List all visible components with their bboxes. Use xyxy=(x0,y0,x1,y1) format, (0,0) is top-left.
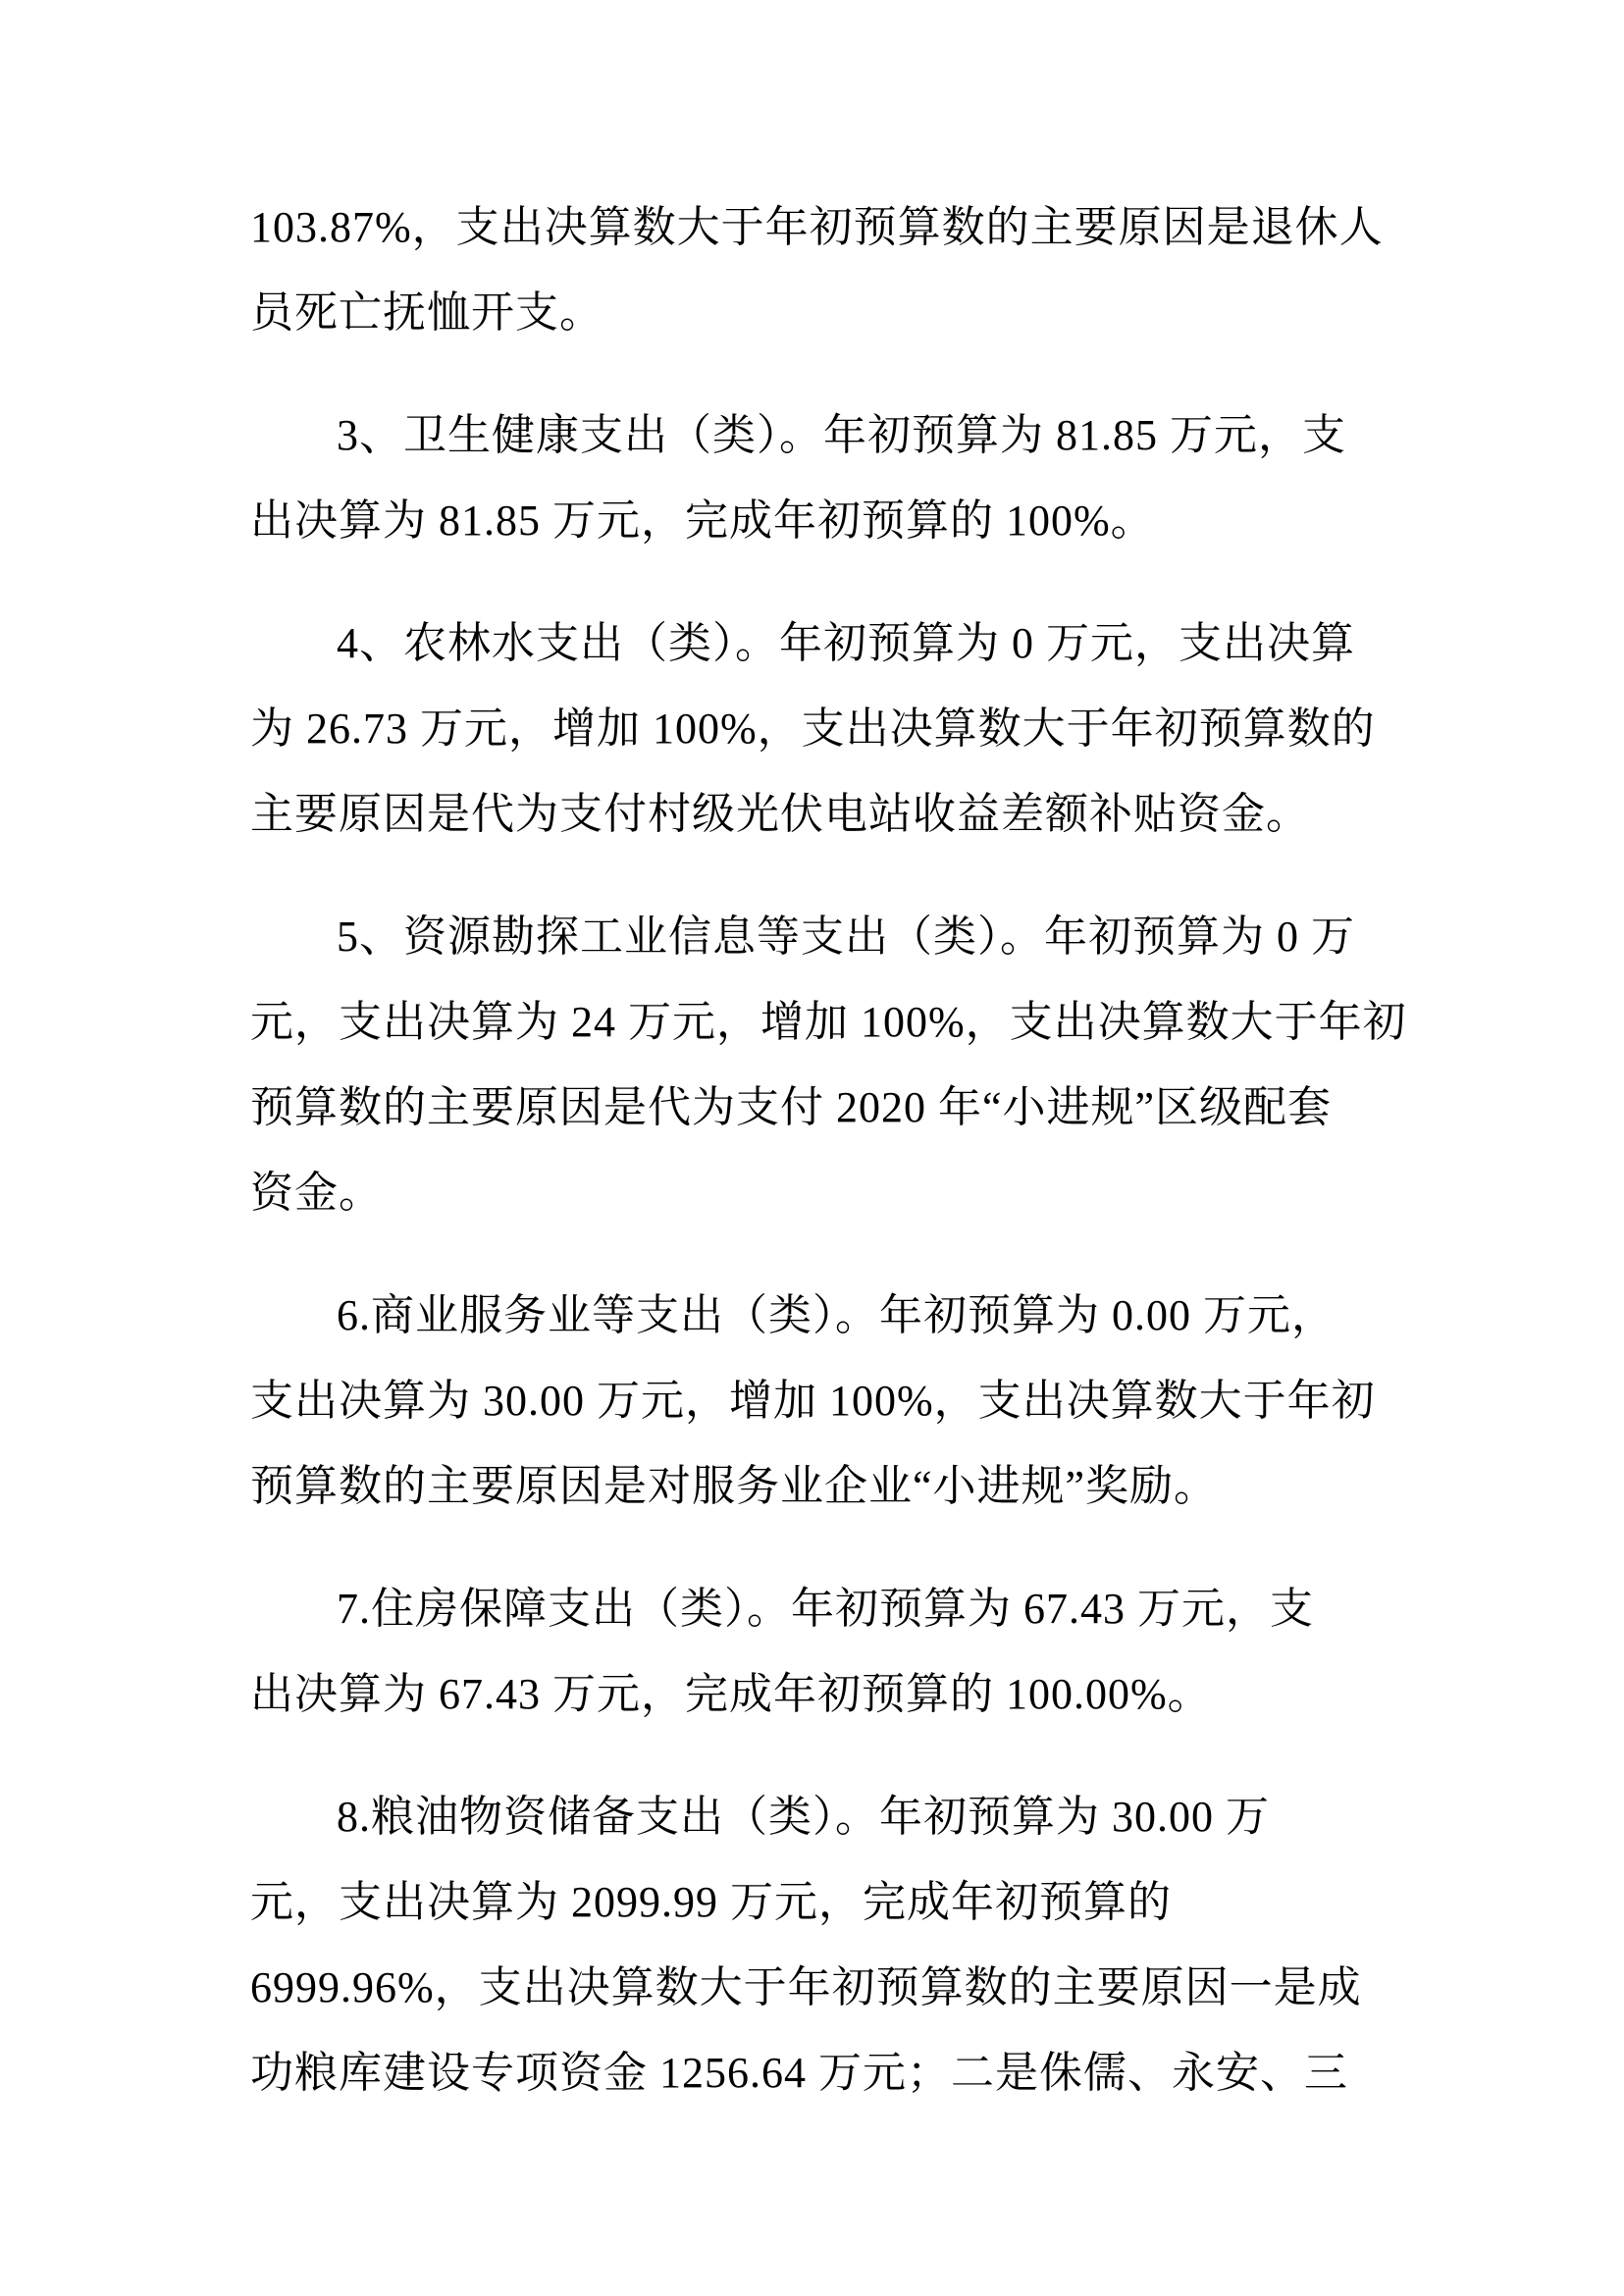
document-page: 103.87%，支出决算数大于年初预算数的主要原因是退休人 员死亡抚恤开支。 3… xyxy=(0,0,1624,2296)
text-line: 预算数的主要原因是对服务业企业“小进规”奖励。 xyxy=(250,1443,1457,1529)
text-block: 103.87%，支出决算数大于年初预算数的主要原因是退休人 员死亡抚恤开支。 3… xyxy=(250,184,1457,2115)
text-line: 5、资源勘探工业信息等支出（类）。年初预算为 0 万 xyxy=(250,894,1457,979)
text-line: 出决算为 81.85 万元，完成年初预算的 100%。 xyxy=(250,478,1457,563)
text-line: 资金。 xyxy=(250,1150,1457,1235)
text-line: 为 26.73 万元，增加 100%，支出决算数大于年初预算数的 xyxy=(250,686,1457,771)
paragraph-continuation: 103.87%，支出决算数大于年初预算数的主要原因是退休人 员死亡抚恤开支。 xyxy=(250,184,1457,355)
paragraph-item-3-health: 3、卫生健康支出（类）。年初预算为 81.85 万元，支 出决算为 81.85 … xyxy=(250,392,1457,563)
paragraph-item-8-grain-reserve: 8.粮油物资储备支出（类）。年初预算为 30.00 万 元，支出决算为 2099… xyxy=(250,1774,1457,2115)
text-line: 103.87%，支出决算数大于年初预算数的主要原因是退休人 xyxy=(250,184,1457,270)
text-line: 元，支出决算为 24 万元，增加 100%，支出决算数大于年初 xyxy=(250,979,1457,1065)
text-line: 主要原因是代为支付村级光伏电站收益差额补贴资金。 xyxy=(250,771,1457,857)
text-line: 4、农林水支出（类）。年初预算为 0 万元，支出决算 xyxy=(250,600,1457,686)
paragraph-item-7-housing: 7.住房保障支出（类）。年初预算为 67.43 万元，支 出决算为 67.43 … xyxy=(250,1566,1457,1737)
paragraph-item-5-resources: 5、资源勘探工业信息等支出（类）。年初预算为 0 万 元，支出决算为 24 万元… xyxy=(250,894,1457,1235)
text-line: 8.粮油物资储备支出（类）。年初预算为 30.00 万 xyxy=(250,1774,1457,1859)
text-line: 7.住房保障支出（类）。年初预算为 67.43 万元，支 xyxy=(250,1566,1457,1651)
text-line: 功粮库建设专项资金 1256.64 万元；二是侏儒、永安、三 xyxy=(250,2030,1457,2115)
text-line: 3、卫生健康支出（类）。年初预算为 81.85 万元，支 xyxy=(250,392,1457,478)
text-line: 6999.96%，支出决算数大于年初预算数的主要原因一是成 xyxy=(250,1945,1457,2030)
text-line: 6.商业服务业等支出（类）。年初预算为 0.00 万元， xyxy=(250,1273,1457,1358)
paragraph-item-4-agriculture: 4、农林水支出（类）。年初预算为 0 万元，支出决算 为 26.73 万元，增加… xyxy=(250,600,1457,857)
text-line: 预算数的主要原因是代为支付 2020 年“小进规”区级配套 xyxy=(250,1065,1457,1150)
text-line: 支出决算为 30.00 万元，增加 100%，支出决算数大于年初 xyxy=(250,1358,1457,1443)
text-line: 元，支出决算为 2099.99 万元，完成年初预算的 xyxy=(250,1859,1457,1945)
paragraph-item-6-commerce: 6.商业服务业等支出（类）。年初预算为 0.00 万元， 支出决算为 30.00… xyxy=(250,1273,1457,1529)
text-line: 出决算为 67.43 万元，完成年初预算的 100.00%。 xyxy=(250,1651,1457,1737)
text-line: 员死亡抚恤开支。 xyxy=(250,270,1457,355)
